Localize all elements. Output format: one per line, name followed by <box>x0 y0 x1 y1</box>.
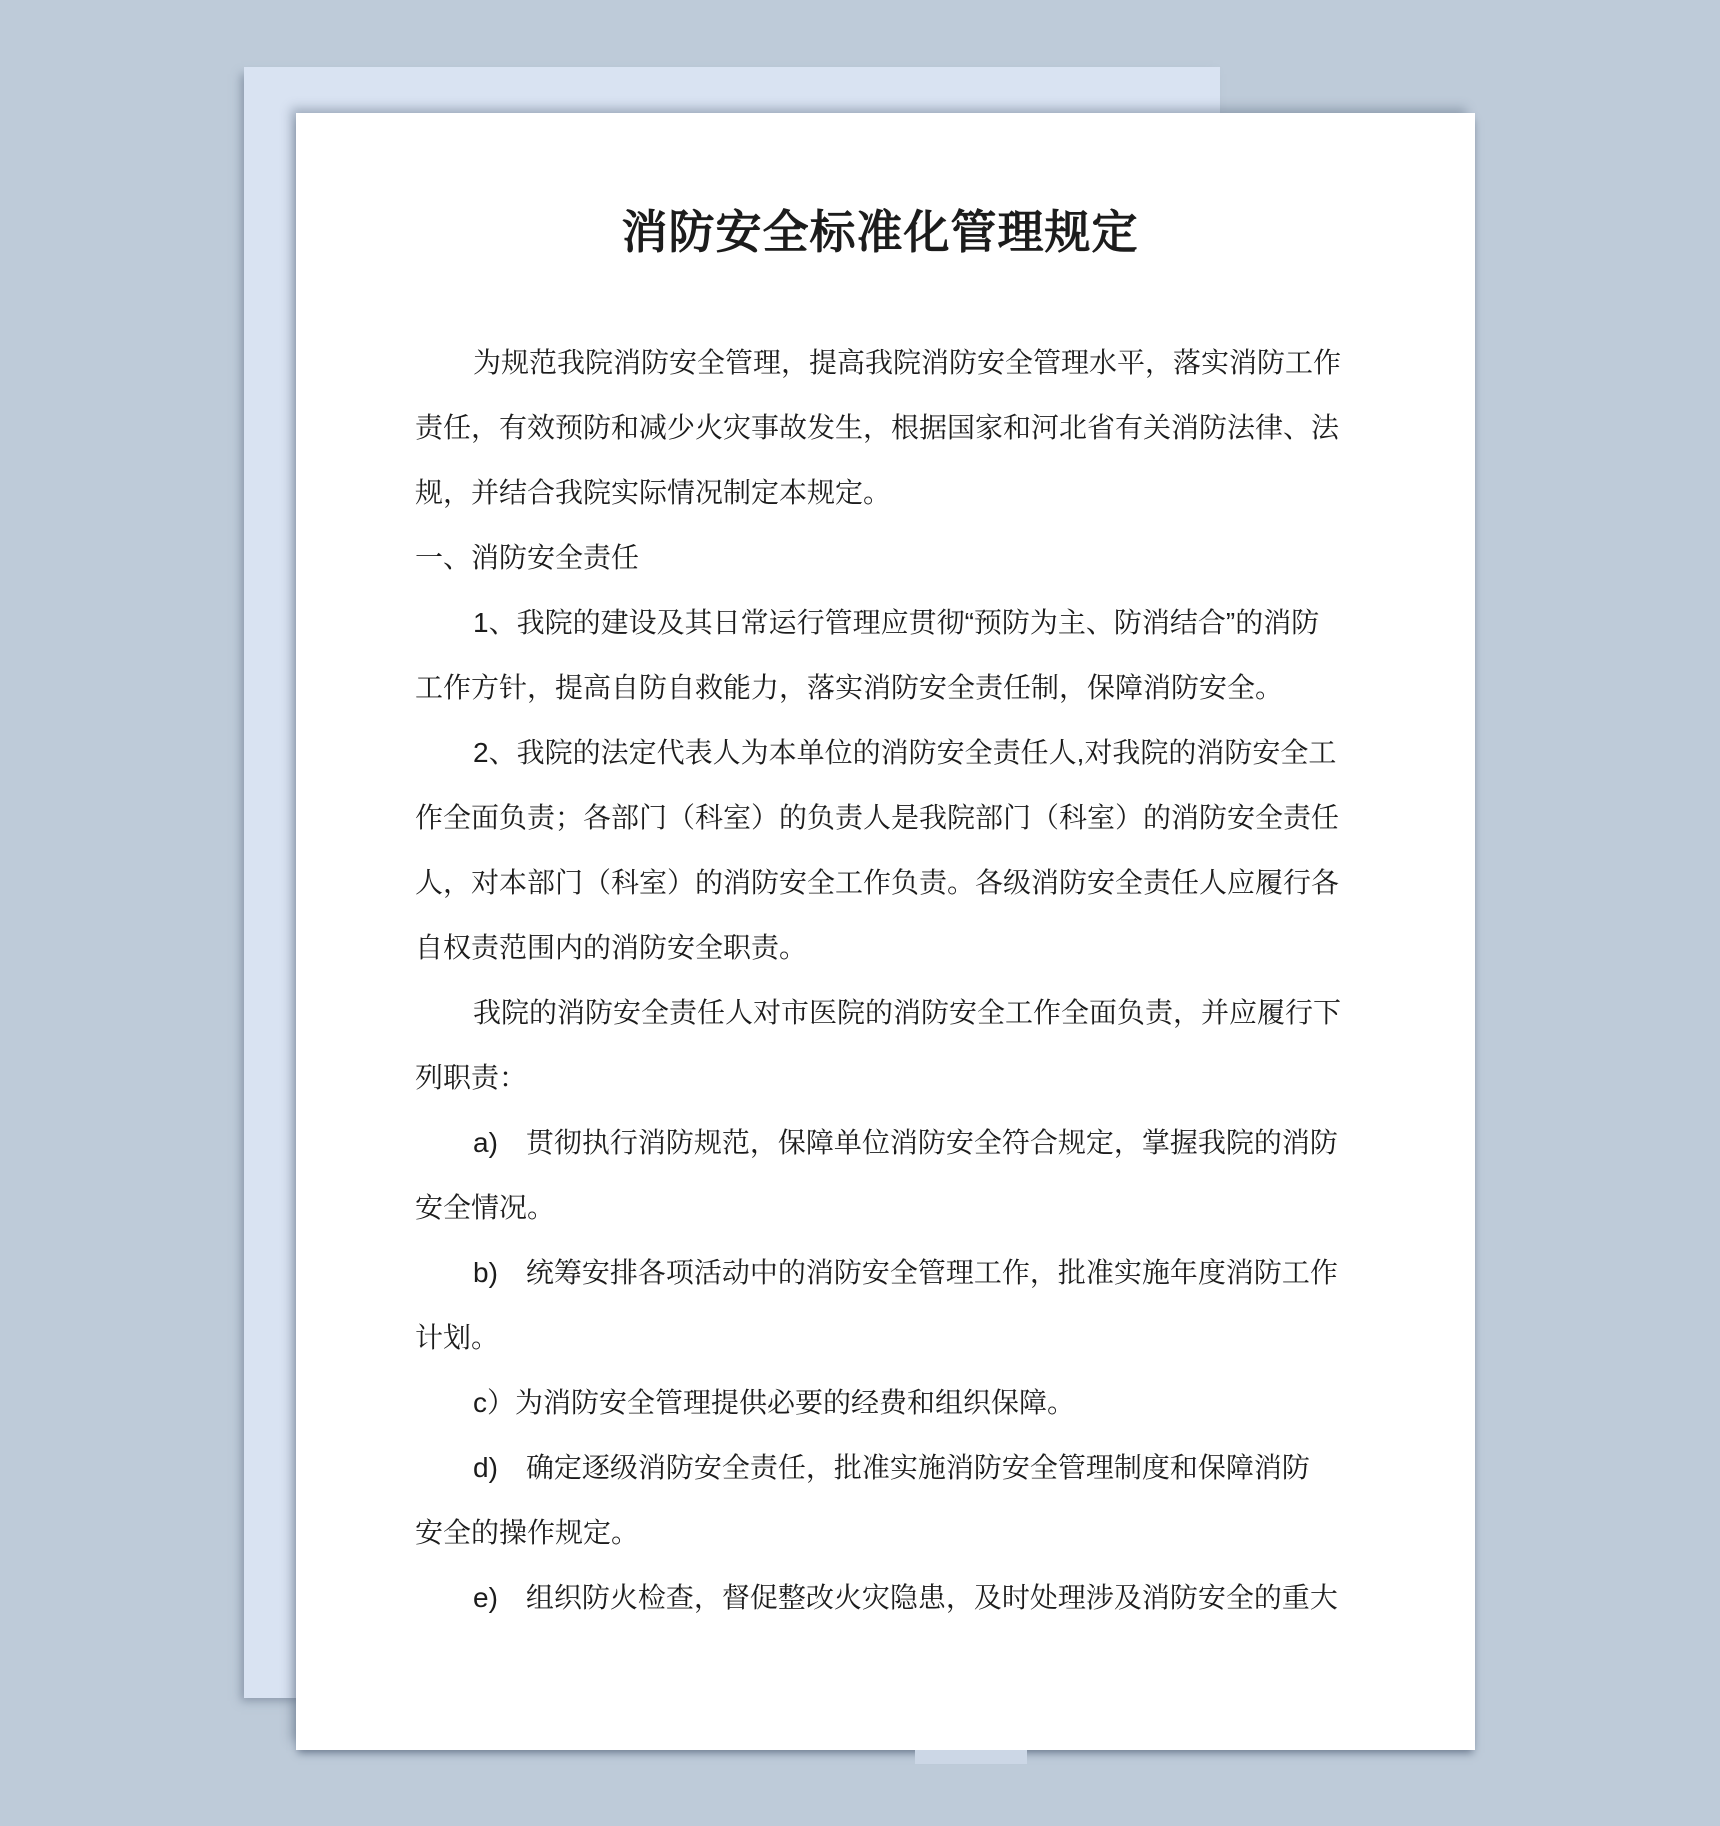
document-line: a) 贯彻执行消防规范，保障单位消防安全符合规定，掌握我院的消防 <box>415 1110 1345 1175</box>
document-line: d) 确定逐级消防安全责任，批准实施消防安全管理制度和保障消防 <box>415 1435 1345 1500</box>
document-line: 计划。 <box>415 1305 1345 1370</box>
document-line: 自权责范围内的消防安全职责。 <box>415 915 1345 980</box>
document-line: 责任，有效预防和减少火灾事故发生，根据国家和河北省有关消防法律、法 <box>415 395 1345 460</box>
document-line: 人，对本部门（科室）的消防安全工作负责。各级消防安全责任人应履行各 <box>415 850 1345 915</box>
document-line: 2、我院的法定代表人为本单位的消防安全责任人,对我院的消防安全工 <box>415 720 1345 785</box>
document-line: 列职责： <box>415 1045 1345 1110</box>
document-title: 消防安全标准化管理规定 <box>415 199 1345 265</box>
document-line: 为规范我院消防安全管理，提高我院消防安全管理水平，落实消防工作 <box>415 330 1345 395</box>
document-line: 我院的消防安全责任人对市医院的消防安全工作全面负责，并应履行下 <box>415 980 1345 1045</box>
document-line: 规，并结合我院实际情况制定本规定。 <box>415 460 1345 525</box>
document-line: e) 组织防火检查，督促整改火灾隐患，及时处理涉及消防安全的重大 <box>415 1565 1345 1630</box>
document-line: 一、消防安全责任 <box>415 525 1345 590</box>
document-body: 为规范我院消防安全管理，提高我院消防安全管理水平，落实消防工作责任，有效预防和减… <box>415 330 1345 1630</box>
document-line: c）为消防安全管理提供必要的经费和组织保障。 <box>415 1370 1345 1435</box>
document-line: b) 统筹安排各项活动中的消防安全管理工作，批准实施年度消防工作 <box>415 1240 1345 1305</box>
document-line: 安全情况。 <box>415 1175 1345 1240</box>
desktop-background: 消防安全标准化管理规定 为规范我院消防安全管理，提高我院消防安全管理水平，落实消… <box>0 0 1720 1826</box>
document-line: 安全的操作规定。 <box>415 1500 1345 1565</box>
document-line: 作全面负责；各部门（科室）的负责人是我院部门（科室）的消防安全责任 <box>415 785 1345 850</box>
document-page: 消防安全标准化管理规定 为规范我院消防安全管理，提高我院消防安全管理水平，落实消… <box>296 113 1475 1750</box>
next-page-edge <box>915 1750 1027 1764</box>
document-line: 工作方针，提高自防自救能力，落实消防安全责任制，保障消防安全。 <box>415 655 1345 720</box>
document-line: 1、我院的建设及其日常运行管理应贯彻“预防为主、防消结合”的消防 <box>415 590 1345 655</box>
